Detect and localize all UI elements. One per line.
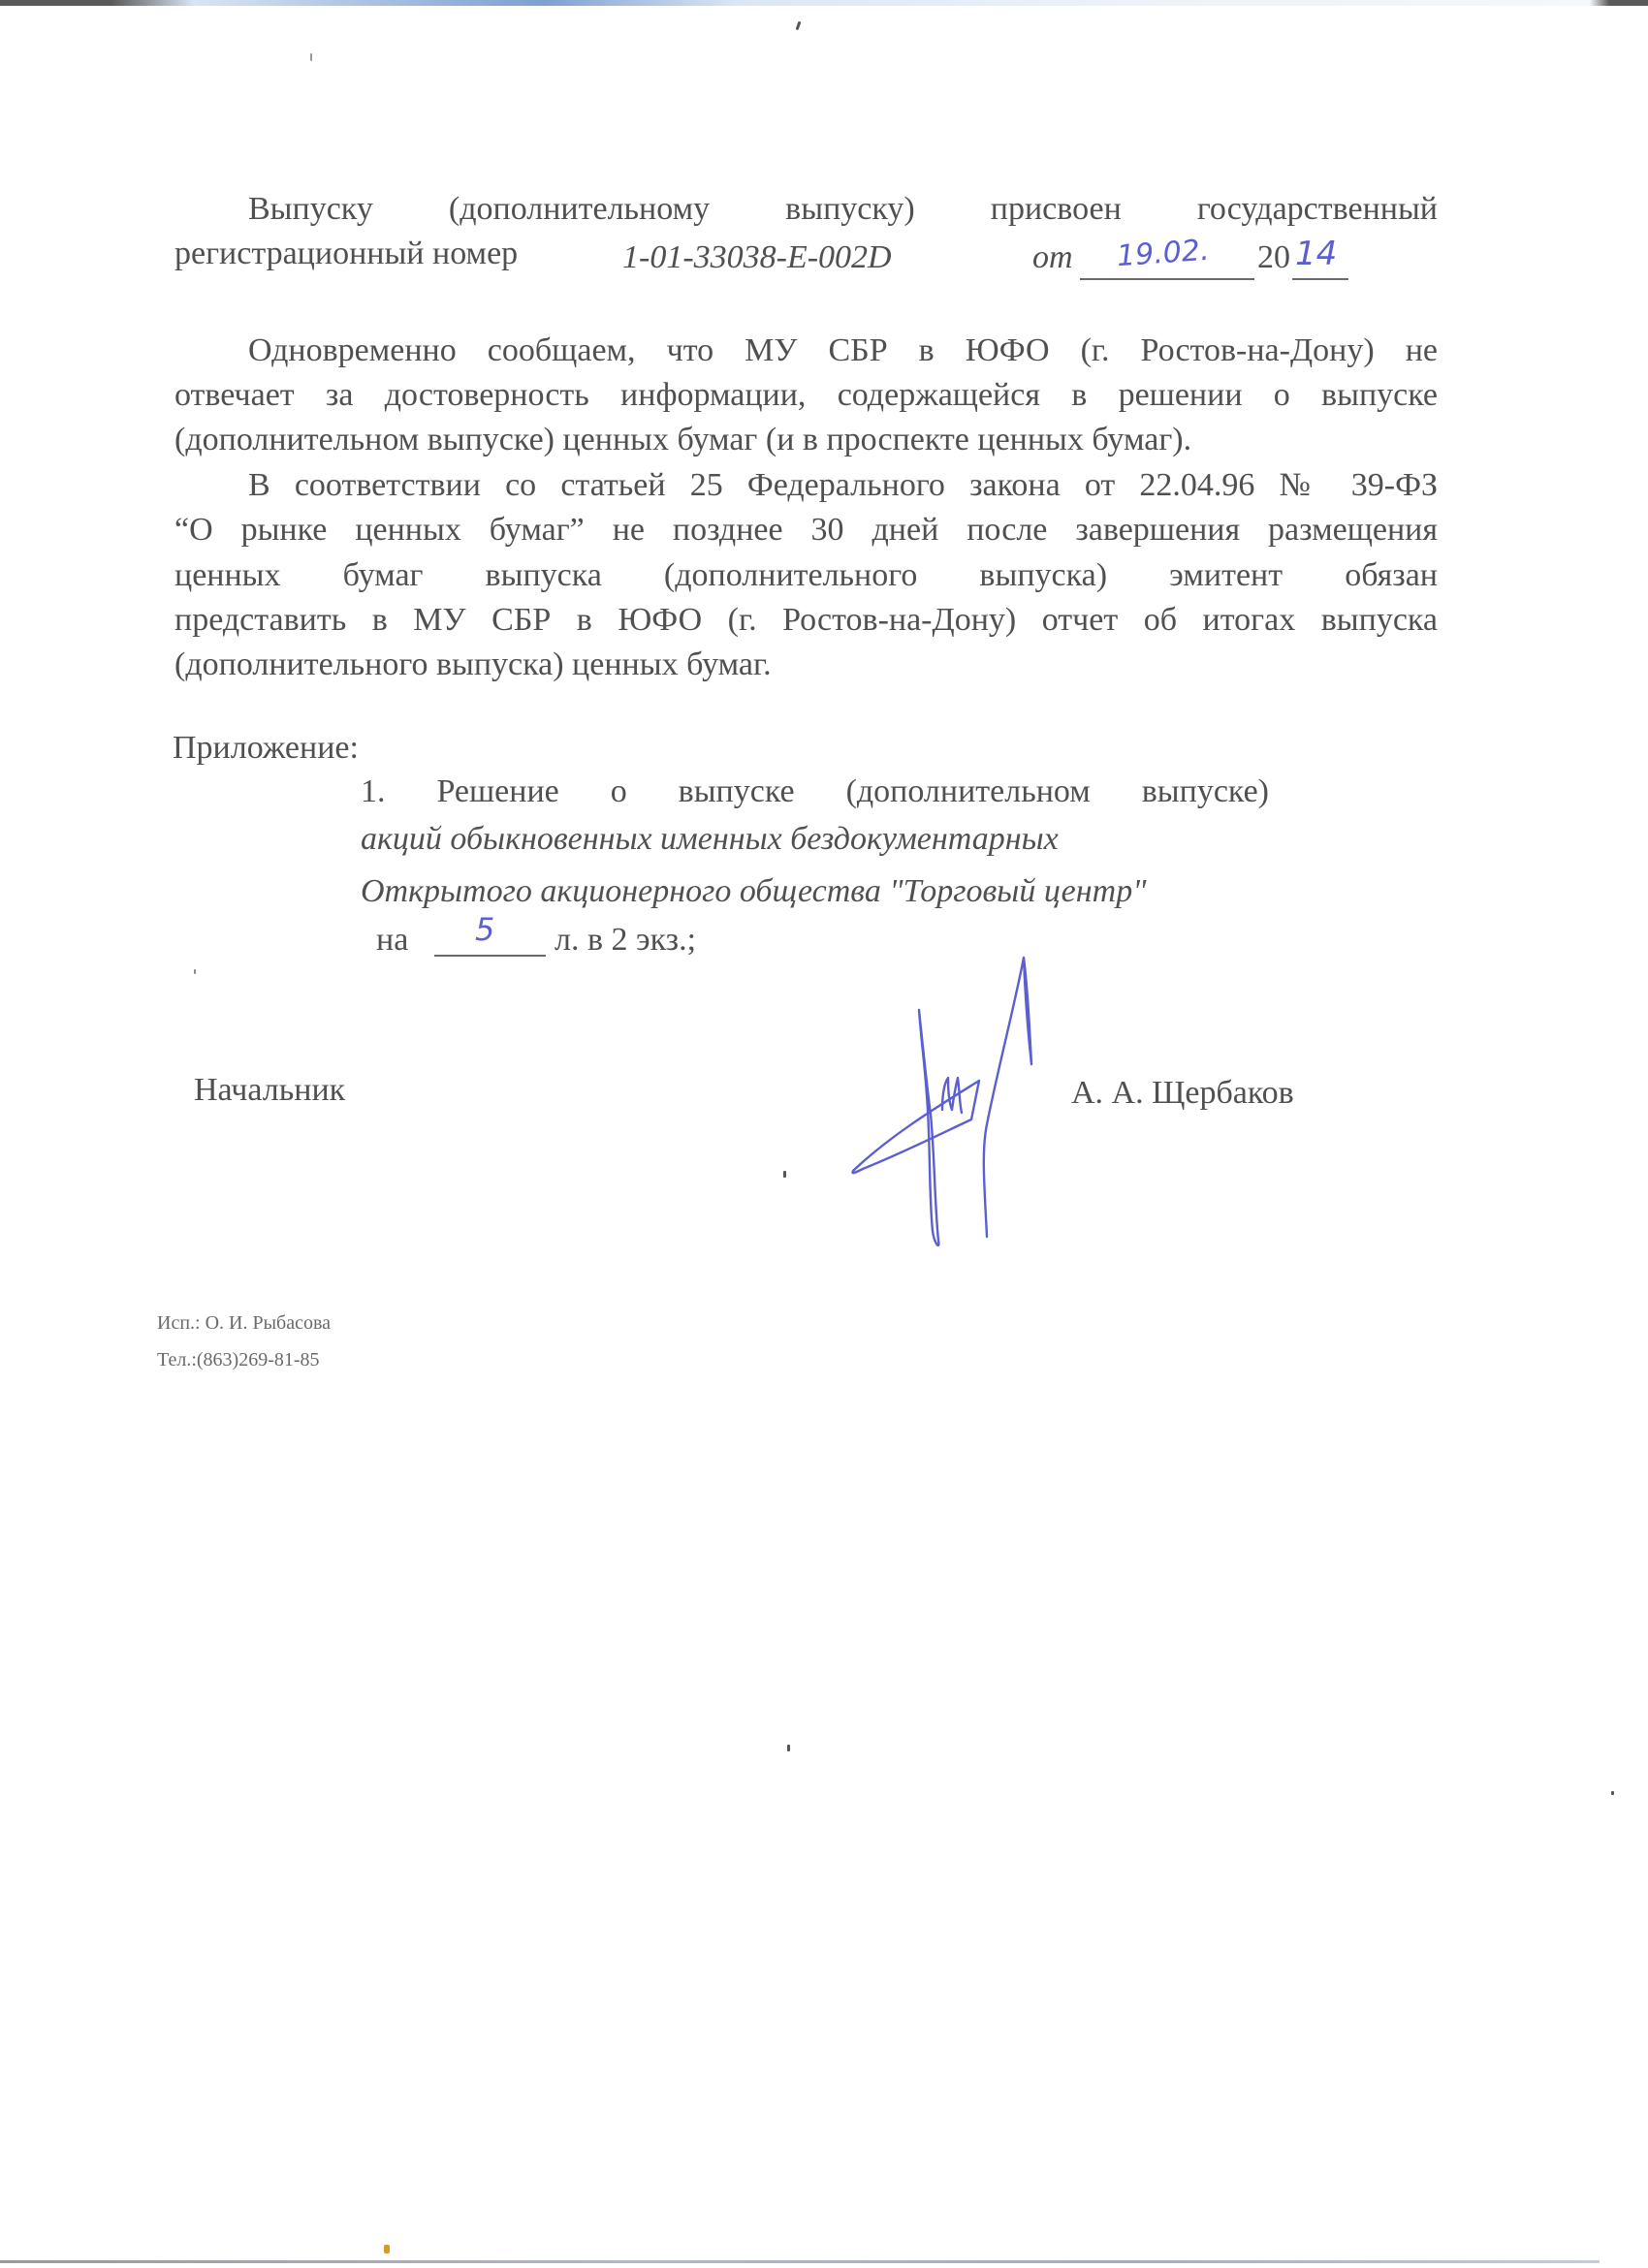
- registration-label: регистрационный номер: [174, 235, 518, 273]
- attachment-item-line2: акций обыкновенных именных бездокументар…: [361, 820, 1059, 859]
- attachment-pages-suffix: л. в 2 экз.;: [555, 921, 696, 960]
- notice-line1: Одновременно сообщаем, что МУ СБР в ЮФО …: [174, 331, 1438, 370]
- date-underline: [1080, 278, 1254, 280]
- scan-speck: [194, 969, 196, 974]
- signatory-title: Начальник: [194, 1071, 345, 1110]
- law-line3: ценных бумаг выпуска (дополнительного вы…: [174, 556, 1438, 595]
- scan-edge-top: [0, 0, 1648, 6]
- year-prefix: 20: [1257, 238, 1290, 277]
- scan-speck: [796, 21, 802, 30]
- executor-label: Исп.: О. И. Рыбасова: [157, 1311, 331, 1335]
- scan-speck: [787, 1745, 790, 1751]
- notice-line3: (дополнительном выпуске) ценных бумаг (и…: [174, 421, 1191, 459]
- attachment-item-line1: 1. Решение о выпуске (дополнительном вып…: [361, 772, 1269, 811]
- law-line5: (дополнительного выпуска) ценных бумаг.: [174, 646, 772, 684]
- notice-line2: отвечает за достоверность информации, со…: [174, 376, 1438, 415]
- scan-speck: [783, 1171, 786, 1178]
- law-line4: представить в МУ СБР в ЮФО (г. Ростов-на…: [174, 601, 1438, 640]
- scan-edge-bottom: [0, 2260, 1600, 2263]
- handwritten-date: 19.02.: [1116, 234, 1211, 274]
- scan-speck: [310, 53, 312, 61]
- pages-underline: [434, 955, 546, 957]
- law-line1: В соответствии со статьей 25 Федеральног…: [174, 466, 1438, 505]
- attachment-item-line3: Открытого акционерного общества "Торговы…: [361, 872, 1146, 911]
- date-prefix: от: [1032, 238, 1073, 277]
- handwritten-pages: 5: [475, 911, 494, 948]
- law-line2: “О рынке ценных бумаг” не позднее 30 дне…: [174, 511, 1438, 550]
- attachment-pages-prefix: на: [376, 921, 408, 960]
- handwritten-year: 14: [1295, 235, 1337, 273]
- registration-number: 1-01-33038-E-002D: [622, 238, 892, 277]
- attachment-heading: Приложение:: [173, 729, 359, 768]
- year-underline: [1292, 278, 1348, 280]
- signatory-name: А. А. Щербаков: [1071, 1074, 1294, 1113]
- scan-speck-orange: [384, 2245, 390, 2253]
- signature-icon: [834, 950, 1066, 1260]
- registration-line1: Выпуску (дополнительному выпуску) присво…: [174, 190, 1438, 229]
- executor-phone: Тел.:(863)269-81-85: [157, 1348, 320, 1371]
- scan-speck: [1611, 1791, 1614, 1795]
